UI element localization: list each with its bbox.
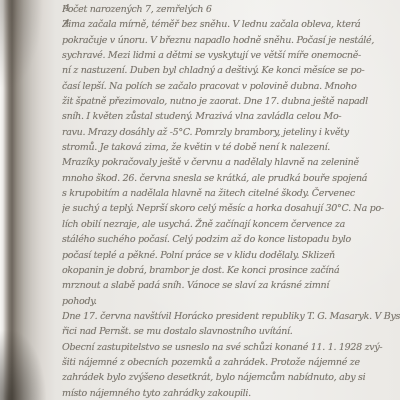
text-line: s krupobitím a nadělala hlavně na žitech… [62, 186, 400, 201]
paragraph-marker: 4 [64, 2, 69, 17]
text-line: Zima začala mírně, téměř bez sněhu. V le… [62, 17, 400, 32]
text-line: ní z nastuzení. Duben byl chladný a dešt… [62, 63, 400, 78]
text-line: mrznout a slabě padá sníh. Vánoce se sla… [62, 278, 400, 293]
text-line: mnoho škod. 26. června snesla se krátká,… [62, 171, 400, 186]
text-line: řici nad Pernšt. se mu dostalo slavnostn… [62, 324, 400, 339]
paragraph-marker: 4 [64, 17, 69, 32]
text-line: Počet narozených 7, zemřelých 6 [62, 2, 400, 17]
text-line: stromů. Je taková zima, že květin v té d… [62, 140, 400, 155]
paragraph: ŦObecní zastupitelstvo se usneslo na své… [62, 340, 400, 400]
text-line: zahrádek bylo zvýšeno desetkrát, bylo ná… [62, 370, 400, 385]
text-line: sníh. I květen zůstal studený. Mrazivá v… [62, 109, 400, 124]
paragraph: 4Počet narozených 7, zemřelých 6 [62, 2, 400, 17]
text-line: pohody. [62, 294, 400, 309]
paragraph: ♦Dne 17. června navštívil Horácko presid… [62, 309, 400, 340]
text-line: šiti nájemné z obecních pozemků a zahrád… [62, 355, 400, 370]
text-line: místo nájemného tyto zahrádky zakoupili. [62, 386, 400, 400]
text-line: žit špatně přezimovalo, nutno je zaorat.… [62, 94, 400, 109]
paragraph: 4Zima začala mírně, téměř bez sněhu. V l… [62, 17, 400, 309]
handwritten-text-block: 4Počet narozených 7, zemřelých 64Zima za… [62, 2, 400, 400]
text-line: časí lepší. Na polích se začalo pracovat… [62, 79, 400, 94]
scanned-page: 4Počet narozených 7, zemřelých 64Zima za… [0, 0, 400, 400]
text-line: pokračuje v únoru. V březnu napadlo hodn… [62, 33, 400, 48]
text-line: Mrazíky pokračovaly ještě v červnu a nad… [62, 155, 400, 170]
text-line: ravu. Mrazy dosáhly až -5°C. Pomrzly bra… [62, 125, 400, 140]
text-line: okopanin je dobrá, brambor je dost. Ke k… [62, 263, 400, 278]
text-line: sychravé. Mezi lidmi a dětmi se vyskytuj… [62, 48, 400, 63]
text-line: Dne 17. června navštívil Horácko preside… [62, 309, 400, 324]
text-line: počasí teplé a pěkné. Polní práce se v k… [62, 248, 400, 263]
text-line: stálého suchého počasí. Celý podzim až d… [62, 232, 400, 247]
text-line: je suchý a teplý. Neprší skoro celý měsí… [62, 201, 400, 216]
text-line: Obecní zastupitelstvo se usneslo na své … [62, 340, 400, 355]
text-line: lích obilí nezraje, ale usychá. Žně začí… [62, 217, 400, 232]
